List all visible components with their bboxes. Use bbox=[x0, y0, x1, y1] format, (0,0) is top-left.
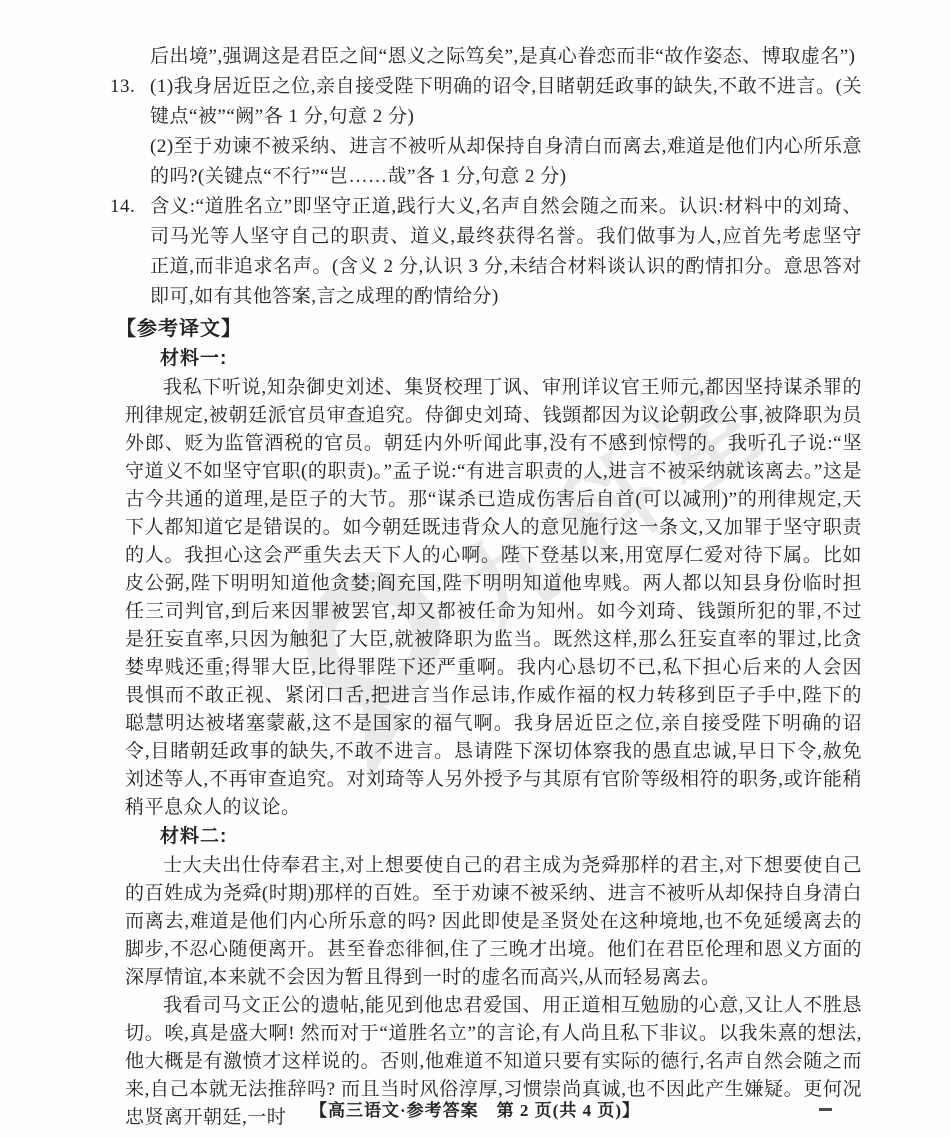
exam-answer-sheet-page: 九科星 后出境”,强调这是君臣之间“恩义之际笃矣”,是真心眷恋而非“故作姿态、博… bbox=[0, 0, 950, 1137]
item-13-number: 13. bbox=[110, 72, 150, 102]
item-14-text: 含义:“道胜名立”即坚守正道,践行大义,名声自然会随之而来。认识:材料中的刘琦、… bbox=[150, 196, 862, 307]
material-1-label: 材料一: bbox=[160, 344, 862, 374]
answer-item-13: 13.(1)我身居近臣之位,亲自接受陛下明确的诏令,目睹朝廷政事的缺失,不敢不进… bbox=[150, 72, 862, 132]
answer-item-14: 14.含义:“道胜名立”即坚守正道,践行大义,名声自然会随之而来。认识:材料中的… bbox=[150, 192, 862, 312]
answer-12-continuation-line: 后出境”,强调这是君臣之间“恩义之际笃矣”,是真心眷恋而非“故作姿态、博取虚名”… bbox=[150, 42, 862, 72]
material-2-translation-paragraph-1: 士大夫出仕侍奉君主,对上想要使自己的君主成为尧舜那样的君主,对下想要使自己的百姓… bbox=[125, 852, 862, 992]
item-13-part2-text: (2)至于劝谏不被采纳、进言不被听从却保持自身清白而离去,难道是他们内心所乐意的… bbox=[150, 132, 862, 192]
material-1-translation-paragraph: 我私下听说,知杂御史刘述、集贤校理丁讽、审刑详议官王师元,都因坚持谋杀罪的刑律规… bbox=[125, 374, 862, 822]
answer-key-content: 后出境”,强调这是君臣之间“恩义之际笃矣”,是真心眷恋而非“故作姿态、博取虚名”… bbox=[0, 42, 862, 1132]
page-footer: 【高三语文·参考答案 第 2 页(共 4 页)】 bbox=[0, 1096, 950, 1121]
item-13-part1-text: (1)我身居近臣之位,亲自接受陛下明确的诏令,目睹朝廷政事的缺失,不敢不进言。(… bbox=[150, 76, 862, 127]
scan-artifact-dash bbox=[819, 1108, 832, 1111]
item-14-number: 14. bbox=[110, 192, 150, 222]
reference-translation-heading: 【参考译文】 bbox=[116, 314, 862, 344]
footer-text: 【高三语文·参考答案 第 2 页(共 4 页)】 bbox=[310, 1101, 640, 1120]
material-2-label: 材料二: bbox=[160, 822, 862, 852]
